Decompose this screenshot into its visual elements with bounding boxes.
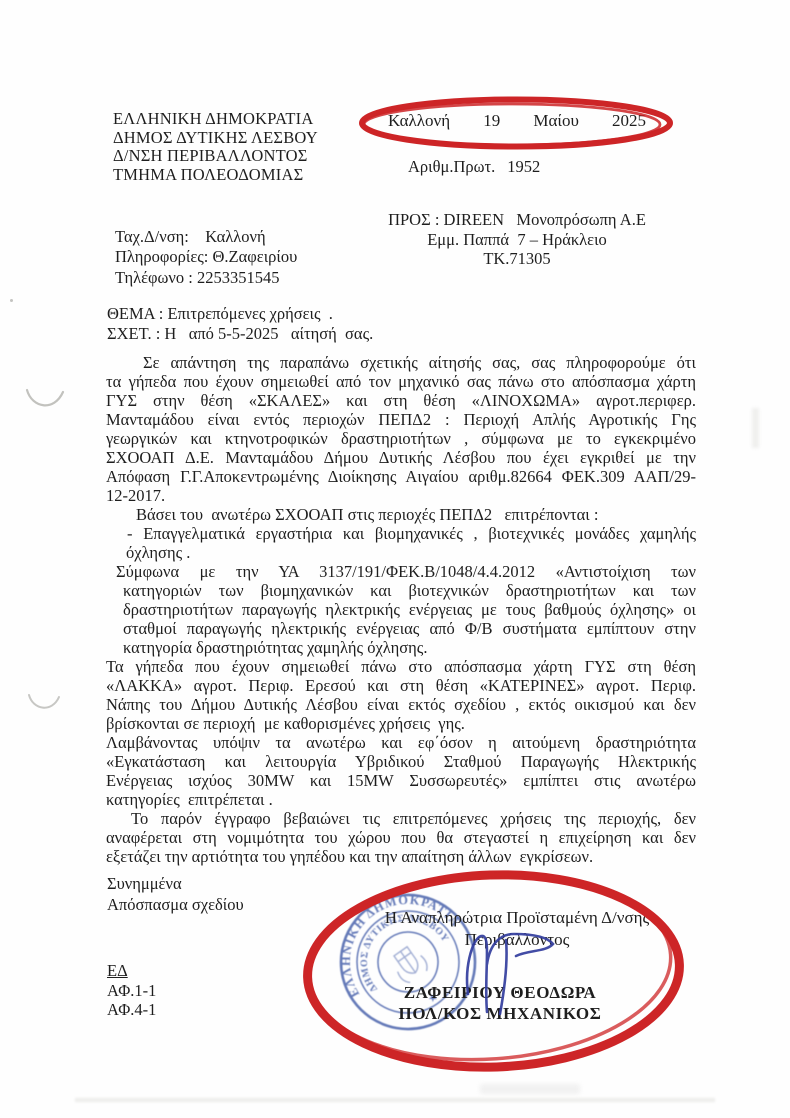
body-line: 12-2017. <box>106 486 696 505</box>
subject-block: ΘΕΜΑ : Επιτρεπόμενες χρήσεις .ΣΧΕΤ. : Η … <box>107 304 373 343</box>
scan-artifact-bottom-shadow <box>75 1098 715 1102</box>
distribution-line: ΑΦ.1-1 <box>107 981 156 1001</box>
protocol-label: Αριθμ.Πρωτ. <box>408 157 495 176</box>
distribution-block: ΕΔ ΑΦ.1-1ΑΦ.4-1 <box>107 961 156 1020</box>
letterhead-agency: ΕΛΛΗΝΙΚΗ ΔΗΜΟΚΡΑΤΙΑΔΗΜΟΣ ΔΥΤΙΚΗΣ ΛΕΣΒΟΥΔ… <box>113 110 318 184</box>
recipient-line: Εμμ. Παππά 7 – Ηράκλειο <box>383 230 651 250</box>
approval-annotation-ellipse <box>296 864 696 1076</box>
body-line: γεωργικών και κτηνοτροφικών δραστηριοτήτ… <box>106 429 696 448</box>
body-line: Σε απάντηση της παραπάνω σχετικής αίτησή… <box>106 353 696 372</box>
attachments-block: ΣυνημμέναΑπόσπασμα σχεδίου <box>107 874 244 915</box>
agency-line: ΕΛΛΗΝΙΚΗ ΔΗΜΟΚΡΑΤΙΑ <box>113 110 318 129</box>
contact-line: Τηλέφωνο : 2253351545 <box>115 268 297 288</box>
body-line: Μανταμάδου είναι εντός περιοχών ΠΕΠΔ2 : … <box>106 410 696 429</box>
body-line: Λαμβάνοντας υπόψιν τα ανωτέρω και εφ΄όσο… <box>106 733 696 752</box>
body-line: βρίσκονται σε περιοχή με καθορισμένες χρ… <box>106 714 696 733</box>
body-line: τα γήπεδα που έχουν σημειωθεί από τον μη… <box>106 372 696 391</box>
body-line: σταθμοί παραγωγής ηλεκτρικής ενέργειας α… <box>106 619 696 638</box>
body-line: Νάπης του Δήμου Δυτικής Λέσβου είναι εκτ… <box>106 695 696 714</box>
body-line: κατηγορία δραστηριότητας χαμηλής όχλησης… <box>106 638 696 657</box>
body-line: - Επαγγελματικά εργαστήρια και βιομηχανι… <box>106 524 696 543</box>
body-line: Ενέργειας ισχύος 30MW και 15MW Συσσωρευτ… <box>106 771 696 790</box>
distribution-line: ΑΦ.4-1 <box>107 1000 156 1020</box>
subject-line: ΣΧΕΤ. : Η από 5-5-2025 αίτησή σας. <box>107 324 373 344</box>
date-annotation-ellipse <box>349 93 683 153</box>
contact-block: Ταχ.Δ/νση: ΚαλλονήΠληροφορίες: Θ.Ζαφειρί… <box>115 227 297 288</box>
protocol-line: Αριθμ.Πρωτ.1952 <box>408 157 540 177</box>
body-line: Τα γήπεδα που έχουν σημειωθεί πάνω στο α… <box>106 657 696 676</box>
body-line: κατηγορίες επιτρέπεται . <box>106 790 696 809</box>
body-line: αναφέρεται στη νομιμότητα του χώρου που … <box>106 828 696 847</box>
body-line: Το παρόν έγγραφο βεβαιώνει τις επιτρεπόμ… <box>106 809 696 828</box>
protocol-number: 1952 <box>507 157 540 176</box>
agency-line: ΤΜΗΜΑ ΠΟΛΕΟΔΟΜΙΑΣ <box>113 166 318 185</box>
body-line: Σύμφωνα με την ΥΑ 3137/191/ΦΕΚ.Β/1048/4.… <box>106 562 696 581</box>
body-line: Βάσει του ανωτέρω ΣΧΟΟΑΠ στις περιοχές Π… <box>106 505 696 524</box>
body-line: δραστηριοτήτων παραγωγής ηλεκτρικής ενέρ… <box>106 600 696 619</box>
body-line: κατηγοριών των βιομηχανικών και βιοτεχνι… <box>106 581 696 600</box>
agency-line: Δ/ΝΣΗ ΠΕΡΙΒΑΛΛΟΝΤΟΣ <box>113 147 318 166</box>
agency-line: ΔΗΜΟΣ ΔΥΤΙΚΗΣ ΛΕΣΒΟΥ <box>113 129 318 148</box>
scan-artifact-pen-arc <box>26 692 62 716</box>
body-line: όχλησης . <box>106 543 696 562</box>
scan-artifact-pen-arc <box>24 386 66 414</box>
scan-artifact-speck <box>10 299 13 302</box>
attachment-line: Συνημμένα <box>107 874 244 895</box>
recipient-line: ΠΡΟΣ : DIREEN Μονοπρόσωπη Α.Ε <box>383 210 651 230</box>
body-text: Σε απάντηση της παραπάνω σχετικής αίτησή… <box>106 353 696 866</box>
body-line: «Εγκατάσταση και λειτουργία Υβριδικού Στ… <box>106 752 696 771</box>
attachment-line: Απόσπασμα σχεδίου <box>107 895 244 916</box>
distribution-label: ΕΔ <box>107 961 156 981</box>
body-line: ΣΧΟΟΑΠ Δ.Ε. Μανταμάδου Δήμου Δυτικής Λέσ… <box>106 448 696 467</box>
contact-line: Ταχ.Δ/νση: Καλλονή <box>115 227 297 247</box>
recipient-line: ΤΚ.71305 <box>383 249 651 269</box>
contact-line: Πληροφορίες: Θ.Ζαφειρίου <box>115 247 297 267</box>
scanned-letter-page: ΕΛΛΗΝΙΚΗ ΔΗΜΟΚΡΑΤΙΑΔΗΜΟΣ ΔΥΤΙΚΗΣ ΛΕΣΒΟΥΔ… <box>0 0 790 1118</box>
subject-line: ΘΕΜΑ : Επιτρεπόμενες χρήσεις . <box>107 304 373 324</box>
body-line: «ΛΑΚΚΑ» αγροτ. Περιφ. Ερεσού και στη θέσ… <box>106 676 696 695</box>
scan-artifact-smudge <box>480 1084 580 1094</box>
body-line: ΓΥΣ στην θέση «ΣΚΑΛΕΣ» και στη θέση «ΛΙΝ… <box>106 391 696 410</box>
scan-artifact-smudge <box>752 408 759 448</box>
recipient-block: ΠΡΟΣ : DIREEN Μονοπρόσωπη Α.ΕΕμμ. Παππά … <box>383 210 651 269</box>
body-line: Απόφαση Γ.Γ.Αποκεντρωμένης Διοίκησης Αιγ… <box>106 467 696 486</box>
